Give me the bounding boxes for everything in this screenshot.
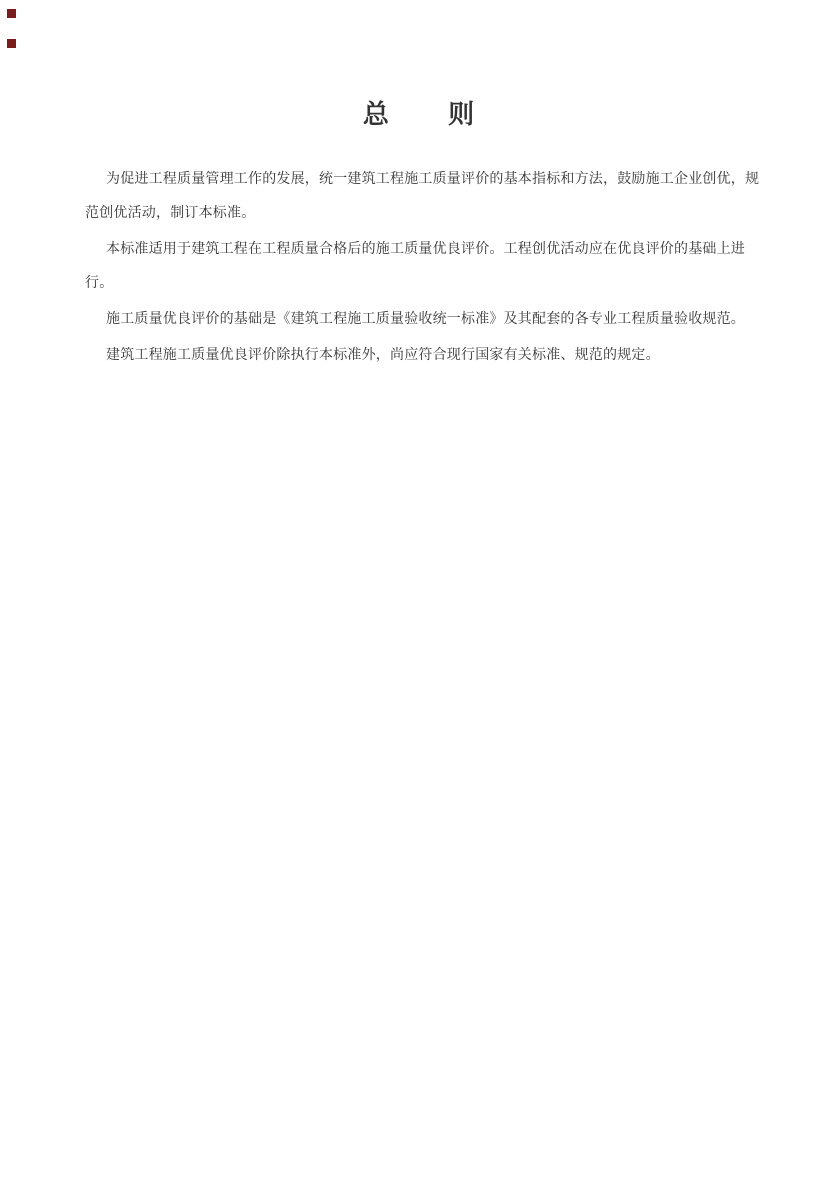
paragraph-basis: 施工质量优良评价的基础是《建筑工程施工质量验收统一标准》及其配套的各专业工程质量…: [85, 301, 765, 335]
paragraph-scope: 本标准适用于建筑工程在工程质量合格后的施工质量优良评价。工程创优活动应在优良评价…: [85, 231, 765, 299]
paragraph-compliance: 建筑工程施工质量优良评价除执行本标准外，尚应符合现行国家有关标准、规范的规定。: [85, 337, 765, 371]
paragraph-purpose: 为促进工程质量管理工作的发展，统一建筑工程施工质量评价的基本指标和方法，鼓励施工…: [85, 161, 765, 229]
corner-mark-bottom: [7, 39, 16, 48]
document-page: 总 则 为促进工程质量管理工作的发展，统一建筑工程施工质量评价的基本指标和方法，…: [0, 0, 838, 1186]
document-body: 为促进工程质量管理工作的发展，统一建筑工程施工质量评价的基本指标和方法，鼓励施工…: [85, 161, 765, 371]
document-title: 总 则: [0, 100, 838, 128]
corner-mark-top: [7, 9, 16, 18]
